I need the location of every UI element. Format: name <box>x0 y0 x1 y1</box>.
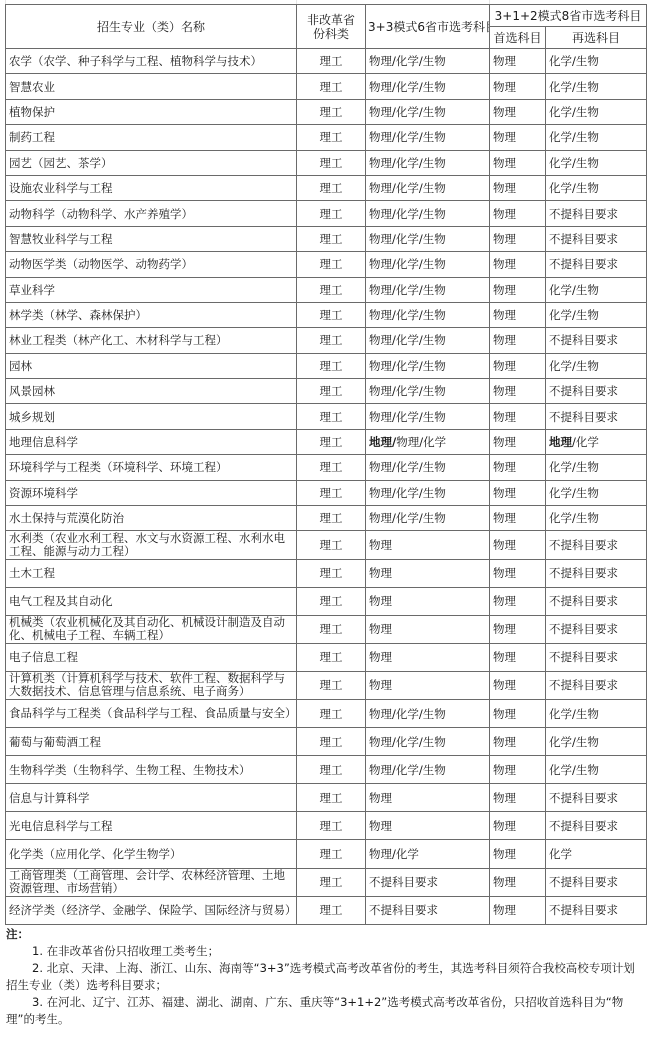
second-choice-cell: 化学/生物 <box>546 125 647 150</box>
subjects-3-3-cell: 物理 <box>366 812 490 840</box>
subjects-3-3-cell: 物理/化学/生物 <box>366 728 490 756</box>
first-choice-cell: 物理 <box>490 201 546 226</box>
subjects-3-3-cell: 物理/化学/生物 <box>366 226 490 251</box>
table-row: 智慧农业理工物理/化学/生物物理化学/生物 <box>6 74 647 99</box>
major-name-cell: 农学（农学、种子科学与工程、植物科学与技术） <box>6 49 297 74</box>
table-row: 林业工程类（林产化工、木材科学与工程）理工物理/化学/生物物理不提科目要求 <box>6 328 647 353</box>
second-choice-cell: 化学/生物 <box>546 302 647 327</box>
table-row: 化学类（应用化学、化学生物学）理工物理/化学物理化学 <box>6 840 647 868</box>
table-row: 生物科学类（生物科学、生物工程、生物技术）理工物理/化学/生物物理化学/生物 <box>6 756 647 784</box>
major-name-cell: 园林 <box>6 353 297 378</box>
major-name-cell: 草业科学 <box>6 277 297 302</box>
table-row: 园艺（园艺、茶学）理工物理/化学/生物物理化学/生物 <box>6 150 647 175</box>
first-choice-cell: 物理 <box>490 896 546 924</box>
second-choice-cell: 化学/生物 <box>546 699 647 727</box>
major-name-cell: 风景园林 <box>6 379 297 404</box>
table-row: 信息与计算科学理工物理物理不提科目要求 <box>6 784 647 812</box>
major-name-cell: 制药工程 <box>6 125 297 150</box>
first-choice-cell: 物理 <box>490 74 546 99</box>
subjects-3-3-cell: 物理/化学/生物 <box>366 99 490 124</box>
subjects-3-3-cell: 物理/化学/生物 <box>366 49 490 74</box>
second-choice-cell: 不提科目要求 <box>546 328 647 353</box>
notes-section: 注： 1. 在非改革省份只招收理工类考生； 2. 北京、天津、上海、浙江、山东、… <box>6 926 646 1028</box>
header-major-name: 招生专业（类）名称 <box>6 5 297 49</box>
table-row: 光电信息科学与工程理工物理物理不提科目要求 <box>6 812 647 840</box>
major-name-cell: 经济学类（经济学、金融学、保险学、国际经济与贸易） <box>6 896 297 924</box>
first-choice-cell: 物理 <box>490 480 546 505</box>
table-row: 设施农业科学与工程理工物理/化学/生物物理化学/生物 <box>6 175 647 200</box>
major-name-cell: 城乡规划 <box>6 404 297 429</box>
header-mode-3-1-2: 3+1+2模式8省市选考科目 <box>490 5 647 27</box>
category-cell: 理工 <box>297 353 366 378</box>
first-choice-cell: 物理 <box>490 699 546 727</box>
category-cell: 理工 <box>297 252 366 277</box>
first-choice-cell: 物理 <box>490 379 546 404</box>
major-name-cell: 园艺（园艺、茶学） <box>6 150 297 175</box>
second-choice-cell: 不提科目要求 <box>546 404 647 429</box>
second-choice-cell: 化学/生物 <box>546 756 647 784</box>
category-cell: 理工 <box>297 671 366 699</box>
table-row: 水利类（农业水利工程、水文与水资源工程、水利水电工程、能源与动力工程）理工物理物… <box>6 531 647 559</box>
first-choice-cell: 物理 <box>490 175 546 200</box>
subjects-3-3-cell: 物理/化学/生物 <box>366 150 490 175</box>
first-choice-cell: 物理 <box>490 840 546 868</box>
second-choice-cell: 化学/生物 <box>546 150 647 175</box>
major-name-cell: 智慧牧业科学与工程 <box>6 226 297 251</box>
subjects-3-3-cell: 物理/化学/生物 <box>366 353 490 378</box>
first-choice-cell: 物理 <box>490 353 546 378</box>
category-cell: 理工 <box>297 99 366 124</box>
subjects-3-3-cell: 物理 <box>366 559 490 587</box>
major-name-cell: 电气工程及其自动化 <box>6 587 297 615</box>
second-choice-cell: 不提科目要求 <box>546 252 647 277</box>
major-name-cell: 植物保护 <box>6 99 297 124</box>
table-row: 城乡规划理工物理/化学/生物物理不提科目要求 <box>6 404 647 429</box>
header-second-choice: 再选科目 <box>546 27 647 49</box>
major-name-cell: 葡萄与葡萄酒工程 <box>6 728 297 756</box>
second-choice-cell: 不提科目要求 <box>546 201 647 226</box>
table-row: 工商管理类（工商管理、会计学、农林经济管理、土地资源管理、市场营销）理工不提科目… <box>6 868 647 896</box>
subjects-3-3-cell: 物理/化学/生物 <box>366 328 490 353</box>
header-first-choice: 首选科目 <box>490 27 546 49</box>
second-choice-cell: 化学/生物 <box>546 74 647 99</box>
subjects-3-3-cell: 物理 <box>366 587 490 615</box>
category-cell: 理工 <box>297 643 366 671</box>
category-cell: 理工 <box>297 49 366 74</box>
major-name-cell: 工商管理类（工商管理、会计学、农林经济管理、土地资源管理、市场营销） <box>6 868 297 896</box>
first-choice-cell: 物理 <box>490 99 546 124</box>
major-name-cell: 机械类（农业机械化及其自动化、机械设计制造及自动化、机械电子工程、车辆工程） <box>6 615 297 643</box>
subjects-3-3-cell: 物理/化学/生物 <box>366 404 490 429</box>
second-choice-cell: 化学 <box>546 840 647 868</box>
subjects-3-3-cell: 物理 <box>366 531 490 559</box>
major-name-cell: 林业工程类（林产化工、木材科学与工程） <box>6 328 297 353</box>
note-item: 1. 在非改革省份只招收理工类考生； <box>6 943 646 960</box>
first-choice-cell: 物理 <box>490 150 546 175</box>
category-cell: 理工 <box>297 506 366 531</box>
second-choice-cell: 不提科目要求 <box>546 559 647 587</box>
major-name-cell: 计算机类（计算机科学与技术、软件工程、数据科学与大数据技术、信息管理与信息系统、… <box>6 671 297 699</box>
header-non-reform-category: 非改革省份科类 <box>297 5 366 49</box>
first-choice-cell: 物理 <box>490 671 546 699</box>
subjects-3-3-cell: 物理/化学/生物 <box>366 201 490 226</box>
major-name-cell: 地理信息科学 <box>6 429 297 454</box>
major-name-cell: 动物科学（动物科学、水产养殖学） <box>6 201 297 226</box>
first-choice-cell: 物理 <box>490 277 546 302</box>
category-cell: 理工 <box>297 175 366 200</box>
subjects-3-3-cell: 物理/化学/生物 <box>366 455 490 480</box>
second-choice-cell: 化学/生物 <box>546 728 647 756</box>
first-choice-cell: 物理 <box>490 728 546 756</box>
subjects-3-3-cell: 物理 <box>366 615 490 643</box>
table-row: 风景园林理工物理/化学/生物物理不提科目要求 <box>6 379 647 404</box>
category-cell: 理工 <box>297 531 366 559</box>
notes-title: 注： <box>6 926 646 943</box>
major-name-cell: 水利类（农业水利工程、水文与水资源工程、水利水电工程、能源与动力工程） <box>6 531 297 559</box>
second-choice-cell: 化学/生物 <box>546 99 647 124</box>
second-choice-cell: 不提科目要求 <box>546 671 647 699</box>
table-row: 环境科学与工程类（环境科学、环境工程）理工物理/化学/生物物理化学/生物 <box>6 455 647 480</box>
category-cell: 理工 <box>297 868 366 896</box>
table-row: 动物科学（动物科学、水产养殖学）理工物理/化学/生物物理不提科目要求 <box>6 201 647 226</box>
subjects-3-3-cell: 物理/化学/生物 <box>366 480 490 505</box>
first-choice-cell: 物理 <box>490 506 546 531</box>
second-choice-cell: 化学/生物 <box>546 49 647 74</box>
table-row: 食品科学与工程类（食品科学与工程、食品质量与安全）理工物理/化学/生物物理化学/… <box>6 699 647 727</box>
major-name-cell: 资源环境科学 <box>6 480 297 505</box>
subjects-3-3-cell: 物理/化学/生物 <box>366 277 490 302</box>
first-choice-cell: 物理 <box>490 404 546 429</box>
category-cell: 理工 <box>297 429 366 454</box>
table-row: 制药工程理工物理/化学/生物物理化学/生物 <box>6 125 647 150</box>
first-choice-cell: 物理 <box>490 531 546 559</box>
category-cell: 理工 <box>297 587 366 615</box>
category-cell: 理工 <box>297 699 366 727</box>
second-choice-cell: 不提科目要求 <box>546 812 647 840</box>
table-row: 林学类（林学、森林保护）理工物理/化学/生物物理化学/生物 <box>6 302 647 327</box>
category-cell: 理工 <box>297 379 366 404</box>
admission-subject-table: 招生专业（类）名称 非改革省份科类 3+3模式6省市选考科目 3+1+2模式8省… <box>5 4 647 925</box>
first-choice-cell: 物理 <box>490 643 546 671</box>
table-row: 电子信息工程理工物理物理不提科目要求 <box>6 643 647 671</box>
second-choice-cell: 化学/生物 <box>546 480 647 505</box>
subjects-3-3-cell: 物理/化学/生物 <box>366 379 490 404</box>
category-cell: 理工 <box>297 559 366 587</box>
subjects-3-3-cell: 不提科目要求 <box>366 868 490 896</box>
second-choice-cell: 不提科目要求 <box>546 643 647 671</box>
category-cell: 理工 <box>297 455 366 480</box>
category-cell: 理工 <box>297 784 366 812</box>
category-cell: 理工 <box>297 328 366 353</box>
category-cell: 理工 <box>297 812 366 840</box>
first-choice-cell: 物理 <box>490 615 546 643</box>
major-name-cell: 环境科学与工程类（环境科学、环境工程） <box>6 455 297 480</box>
first-choice-cell: 物理 <box>490 587 546 615</box>
major-name-cell: 设施农业科学与工程 <box>6 175 297 200</box>
first-choice-cell: 物理 <box>490 756 546 784</box>
category-cell: 理工 <box>297 404 366 429</box>
table-row: 土木工程理工物理物理不提科目要求 <box>6 559 647 587</box>
subjects-3-3-cell: 物理 <box>366 784 490 812</box>
table-row: 园林理工物理/化学/生物物理化学/生物 <box>6 353 647 378</box>
second-choice-cell: 不提科目要求 <box>546 784 647 812</box>
subjects-3-3-cell: 物理/化学/生物 <box>366 125 490 150</box>
first-choice-cell: 物理 <box>490 252 546 277</box>
category-cell: 理工 <box>297 226 366 251</box>
second-choice-cell: 不提科目要求 <box>546 226 647 251</box>
table-row: 计算机类（计算机科学与技术、软件工程、数据科学与大数据技术、信息管理与信息系统、… <box>6 671 647 699</box>
category-cell: 理工 <box>297 150 366 175</box>
table-row: 资源环境科学理工物理/化学/生物物理化学/生物 <box>6 480 647 505</box>
major-name-cell: 生物科学类（生物科学、生物工程、生物技术） <box>6 756 297 784</box>
second-choice-cell: 不提科目要求 <box>546 896 647 924</box>
category-cell: 理工 <box>297 125 366 150</box>
major-name-cell: 电子信息工程 <box>6 643 297 671</box>
second-choice-cell: 不提科目要求 <box>546 379 647 404</box>
subject-text: /化学 <box>572 435 599 449</box>
major-name-cell: 动物医学类（动物医学、动物药学） <box>6 252 297 277</box>
first-choice-cell: 物理 <box>490 784 546 812</box>
note-item: 2. 北京、天津、上海、浙江、山东、海南等“3+3”选考模式高考改革省份的考生，… <box>6 960 646 994</box>
major-name-cell: 化学类（应用化学、化学生物学） <box>6 840 297 868</box>
subjects-3-3-cell: 地理/物理/化学 <box>366 429 490 454</box>
second-choice-cell: 不提科目要求 <box>546 615 647 643</box>
table-row: 草业科学理工物理/化学/生物物理化学/生物 <box>6 277 647 302</box>
major-name-cell: 土木工程 <box>6 559 297 587</box>
category-cell: 理工 <box>297 480 366 505</box>
subjects-3-3-cell: 物理/化学/生物 <box>366 175 490 200</box>
second-choice-cell: 化学/生物 <box>546 455 647 480</box>
first-choice-cell: 物理 <box>490 559 546 587</box>
table-row: 电气工程及其自动化理工物理物理不提科目要求 <box>6 587 647 615</box>
major-name-cell: 光电信息科学与工程 <box>6 812 297 840</box>
subjects-3-3-cell: 物理 <box>366 671 490 699</box>
category-cell: 理工 <box>297 615 366 643</box>
first-choice-cell: 物理 <box>490 302 546 327</box>
subjects-3-3-cell: 物理/化学/生物 <box>366 756 490 784</box>
category-cell: 理工 <box>297 896 366 924</box>
major-name-cell: 食品科学与工程类（食品科学与工程、食品质量与安全） <box>6 699 297 727</box>
table-row: 经济学类（经济学、金融学、保险学、国际经济与贸易）理工不提科目要求物理不提科目要… <box>6 896 647 924</box>
subjects-3-3-cell: 物理 <box>366 643 490 671</box>
first-choice-cell: 物理 <box>490 812 546 840</box>
table-row: 机械类（农业机械化及其自动化、机械设计制造及自动化、机械电子工程、车辆工程）理工… <box>6 615 647 643</box>
subjects-3-3-cell: 物理/化学/生物 <box>366 302 490 327</box>
table-row: 智慧牧业科学与工程理工物理/化学/生物物理不提科目要求 <box>6 226 647 251</box>
table-row: 动物医学类（动物医学、动物药学）理工物理/化学/生物物理不提科目要求 <box>6 252 647 277</box>
subjects-3-3-cell: 物理/化学 <box>366 840 490 868</box>
table-row: 农学（农学、种子科学与工程、植物科学与技术）理工物理/化学/生物物理化学/生物 <box>6 49 647 74</box>
subjects-3-3-cell: 物理/化学/生物 <box>366 506 490 531</box>
category-cell: 理工 <box>297 201 366 226</box>
category-cell: 理工 <box>297 756 366 784</box>
second-choice-cell: 不提科目要求 <box>546 868 647 896</box>
major-name-cell: 林学类（林学、森林保护） <box>6 302 297 327</box>
category-cell: 理工 <box>297 840 366 868</box>
table-row: 葡萄与葡萄酒工程理工物理/化学/生物物理化学/生物 <box>6 728 647 756</box>
bold-subject: 地理/ <box>369 435 396 449</box>
first-choice-cell: 物理 <box>490 125 546 150</box>
second-choice-cell: 不提科目要求 <box>546 587 647 615</box>
second-choice-cell: 不提科目要求 <box>546 531 647 559</box>
second-choice-cell: 化学/生物 <box>546 277 647 302</box>
category-cell: 理工 <box>297 302 366 327</box>
second-choice-cell: 化学/生物 <box>546 175 647 200</box>
table-row: 水土保持与荒漠化防治理工物理/化学/生物物理化学/生物 <box>6 506 647 531</box>
subjects-3-3-cell: 物理/化学/生物 <box>366 699 490 727</box>
category-cell: 理工 <box>297 74 366 99</box>
subjects-3-3-cell: 不提科目要求 <box>366 896 490 924</box>
subject-text: 物理/化学 <box>396 435 446 449</box>
major-name-cell: 智慧农业 <box>6 74 297 99</box>
second-choice-cell: 地理/化学 <box>546 429 647 454</box>
note-item: 3. 在河北、辽宁、江苏、福建、湖北、湖南、广东、重庆等“3+1+2”选考模式高… <box>6 994 646 1028</box>
first-choice-cell: 物理 <box>490 455 546 480</box>
category-cell: 理工 <box>297 277 366 302</box>
table-row: 地理信息科学理工地理/物理/化学物理地理/化学 <box>6 429 647 454</box>
major-name-cell: 水土保持与荒漠化防治 <box>6 506 297 531</box>
first-choice-cell: 物理 <box>490 868 546 896</box>
first-choice-cell: 物理 <box>490 49 546 74</box>
major-name-cell: 信息与计算科学 <box>6 784 297 812</box>
first-choice-cell: 物理 <box>490 429 546 454</box>
bold-subject: 地理 <box>549 435 572 449</box>
first-choice-cell: 物理 <box>490 226 546 251</box>
header-mode-3-3: 3+3模式6省市选考科目 <box>366 5 490 49</box>
subjects-3-3-cell: 物理/化学/生物 <box>366 252 490 277</box>
second-choice-cell: 化学/生物 <box>546 506 647 531</box>
table-row: 植物保护理工物理/化学/生物物理化学/生物 <box>6 99 647 124</box>
first-choice-cell: 物理 <box>490 328 546 353</box>
subjects-3-3-cell: 物理/化学/生物 <box>366 74 490 99</box>
second-choice-cell: 化学/生物 <box>546 353 647 378</box>
category-cell: 理工 <box>297 728 366 756</box>
